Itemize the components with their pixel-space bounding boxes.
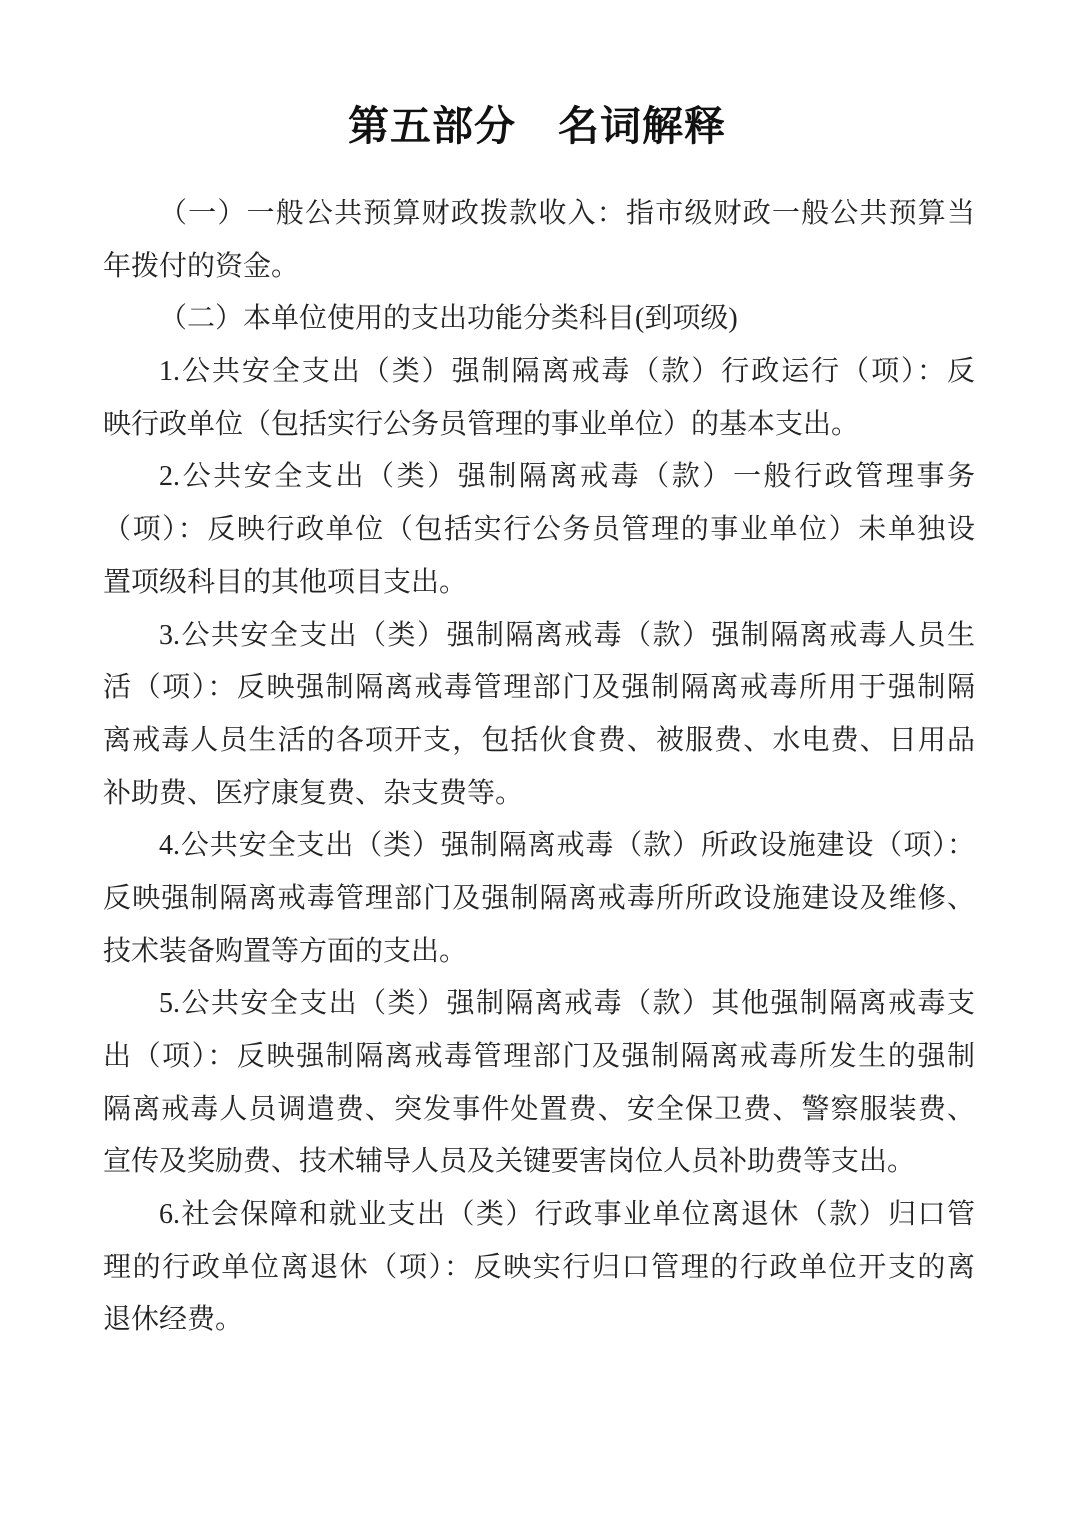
text-line: 映行政单位（包括实行公务员管理的事业单位）的基本支出。 <box>103 399 975 452</box>
paragraph: （二）本单位使用的支出功能分类科目(到项级) <box>103 293 975 346</box>
text-line: 反映强制隔离戒毒管理部门及强制隔离戒毒所所政设施建设及维修、 <box>103 873 975 926</box>
page-title: 第五部分 名词解释 <box>0 0 1074 155</box>
paragraph: 5.公共安全支出（类）强制隔离戒毒（款）其他强制隔离戒毒支出（项）：反映强制隔离… <box>103 978 975 1189</box>
text-line: 理的行政单位离退休（项）：反映实行归口管理的行政单位开支的离 <box>103 1242 975 1295</box>
text-line: 出（项）：反映强制隔离戒毒管理部门及强制隔离戒毒所发生的强制 <box>103 1031 975 1084</box>
paragraph: 6.社会保障和就业支出（类）行政事业单位离退休（款）归口管理的行政单位离退休（项… <box>103 1189 975 1347</box>
text-line: 补助费、医疗康复费、杂支费等。 <box>103 768 975 821</box>
text-line: 活（项）：反映强制隔离戒毒管理部门及强制隔离戒毒所用于强制隔 <box>103 662 975 715</box>
text-line: （一）一般公共预算财政拨款收入：指市级财政一般公共预算当 <box>103 188 975 241</box>
text-line: 隔离戒毒人员调遣费、突发事件处置费、安全保卫费、警察服装费、 <box>103 1084 975 1137</box>
text-line: 退休经费。 <box>103 1294 975 1347</box>
text-line: （项）：反映行政单位（包括实行公务员管理的事业单位）未单独设 <box>103 504 975 557</box>
text-line: 3.公共安全支出（类）强制隔离戒毒（款）强制隔离戒毒人员生 <box>103 610 975 663</box>
text-line: 置项级科目的其他项目支出。 <box>103 557 975 610</box>
text-line: 5.公共安全支出（类）强制隔离戒毒（款）其他强制隔离戒毒支 <box>103 978 975 1031</box>
paragraph: 4.公共安全支出（类）强制隔离戒毒（款）所政设施建设（项）：反映强制隔离戒毒管理… <box>103 820 975 978</box>
document-page: 第五部分 名词解释 （一）一般公共预算财政拨款收入：指市级财政一般公共预算当年拨… <box>0 0 1074 1520</box>
text-line: 年拨付的资金。 <box>103 241 975 294</box>
text-line: 6.社会保障和就业支出（类）行政事业单位离退休（款）归口管 <box>103 1189 975 1242</box>
text-line: 4.公共安全支出（类）强制隔离戒毒（款）所政设施建设（项）： <box>103 820 975 873</box>
text-line: （二）本单位使用的支出功能分类科目(到项级) <box>103 293 975 346</box>
text-line: 离戒毒人员生活的各项开支，包括伙食费、被服费、水电费、日用品 <box>103 715 975 768</box>
text-line: 宣传及奖励费、技术辅导人员及关键要害岗位人员补助费等支出。 <box>103 1136 975 1189</box>
paragraph: 3.公共安全支出（类）强制隔离戒毒（款）强制隔离戒毒人员生活（项）：反映强制隔离… <box>103 610 975 821</box>
paragraph: 2.公共安全支出（类）强制隔离戒毒（款）一般行政管理事务（项）：反映行政单位（包… <box>103 451 975 609</box>
text-line: 1.公共安全支出（类）强制隔离戒毒（款）行政运行（项）：反 <box>103 346 975 399</box>
text-line: 技术装备购置等方面的支出。 <box>103 926 975 979</box>
paragraph: （一）一般公共预算财政拨款收入：指市级财政一般公共预算当年拨付的资金。 <box>103 188 975 293</box>
text-line: 2.公共安全支出（类）强制隔离戒毒（款）一般行政管理事务 <box>103 451 975 504</box>
paragraph: 1.公共安全支出（类）强制隔离戒毒（款）行政运行（项）：反映行政单位（包括实行公… <box>103 346 975 451</box>
document-body: （一）一般公共预算财政拨款收入：指市级财政一般公共预算当年拨付的资金。（二）本单… <box>103 188 975 1347</box>
